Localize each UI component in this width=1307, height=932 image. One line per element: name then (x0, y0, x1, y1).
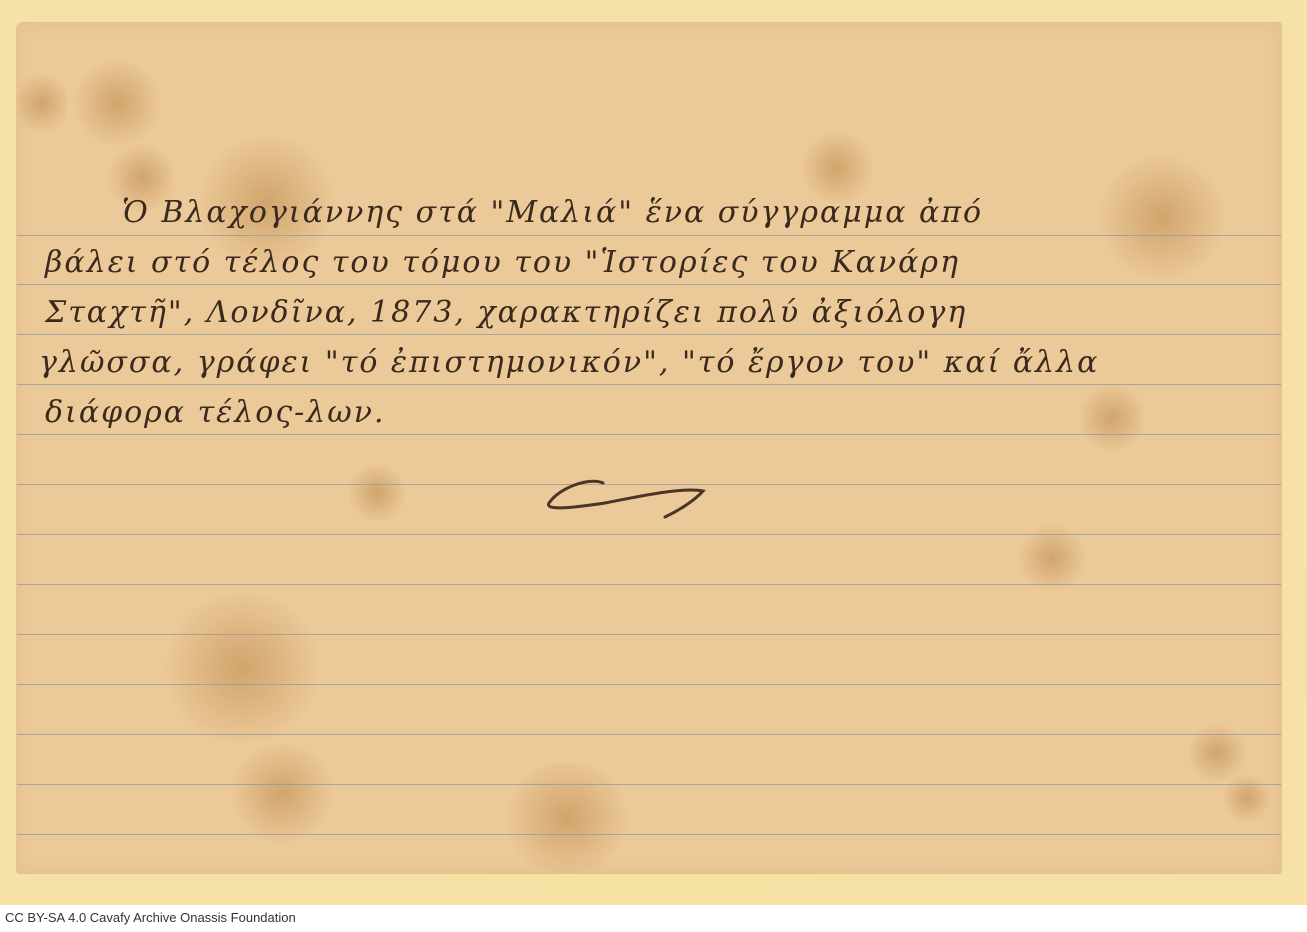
ruled-line (17, 534, 1281, 535)
foxing-stain (1222, 773, 1272, 823)
ruled-line (17, 834, 1281, 835)
foxing-stain (497, 763, 637, 873)
foxing-stain (1077, 383, 1147, 453)
license-caption: CC BY-SA 4.0 Cavafy Archive Onassis Foun… (5, 910, 296, 925)
ruled-line (17, 384, 1281, 385)
ruled-line (17, 584, 1281, 585)
ruled-line (17, 734, 1281, 735)
ruled-line (17, 634, 1281, 635)
foxing-stain (1097, 153, 1227, 283)
manuscript-page: Ὁ Βλαχογιάννης στά "Μαλιά" ἕνα σύγγραμμα… (17, 23, 1281, 873)
foxing-stain (227, 743, 337, 843)
ruled-line (17, 284, 1281, 285)
handwritten-line-1: Ὁ Βλαχογιάννης στά "Μαλιά" ἕνα σύγγραμμα… (122, 195, 983, 230)
handwritten-line-2: βάλει στό τέλος του τόμου του "Ἱστορίες … (45, 245, 960, 280)
foxing-stain (17, 68, 67, 138)
ruled-line (17, 235, 1281, 236)
handwritten-line-4: γλῶσσα, γράφει "τό ἐπιστημονικόν", "τό ἔ… (39, 345, 1099, 380)
ruled-line (17, 784, 1281, 785)
ruled-line (17, 334, 1281, 335)
ruled-line (17, 434, 1281, 435)
signature-flourish (545, 475, 715, 525)
foxing-stain (347, 463, 407, 523)
handwritten-line-5: διάφορα τέλος-λων. (45, 395, 386, 430)
foxing-stain (157, 593, 327, 743)
foxing-stain (797, 133, 877, 203)
handwritten-line-3: Σταχτῆ", Λονδῖνα, 1873, χαρακτηρίζει πολ… (45, 295, 967, 330)
ruled-line (17, 684, 1281, 685)
foxing-stain (72, 58, 162, 148)
